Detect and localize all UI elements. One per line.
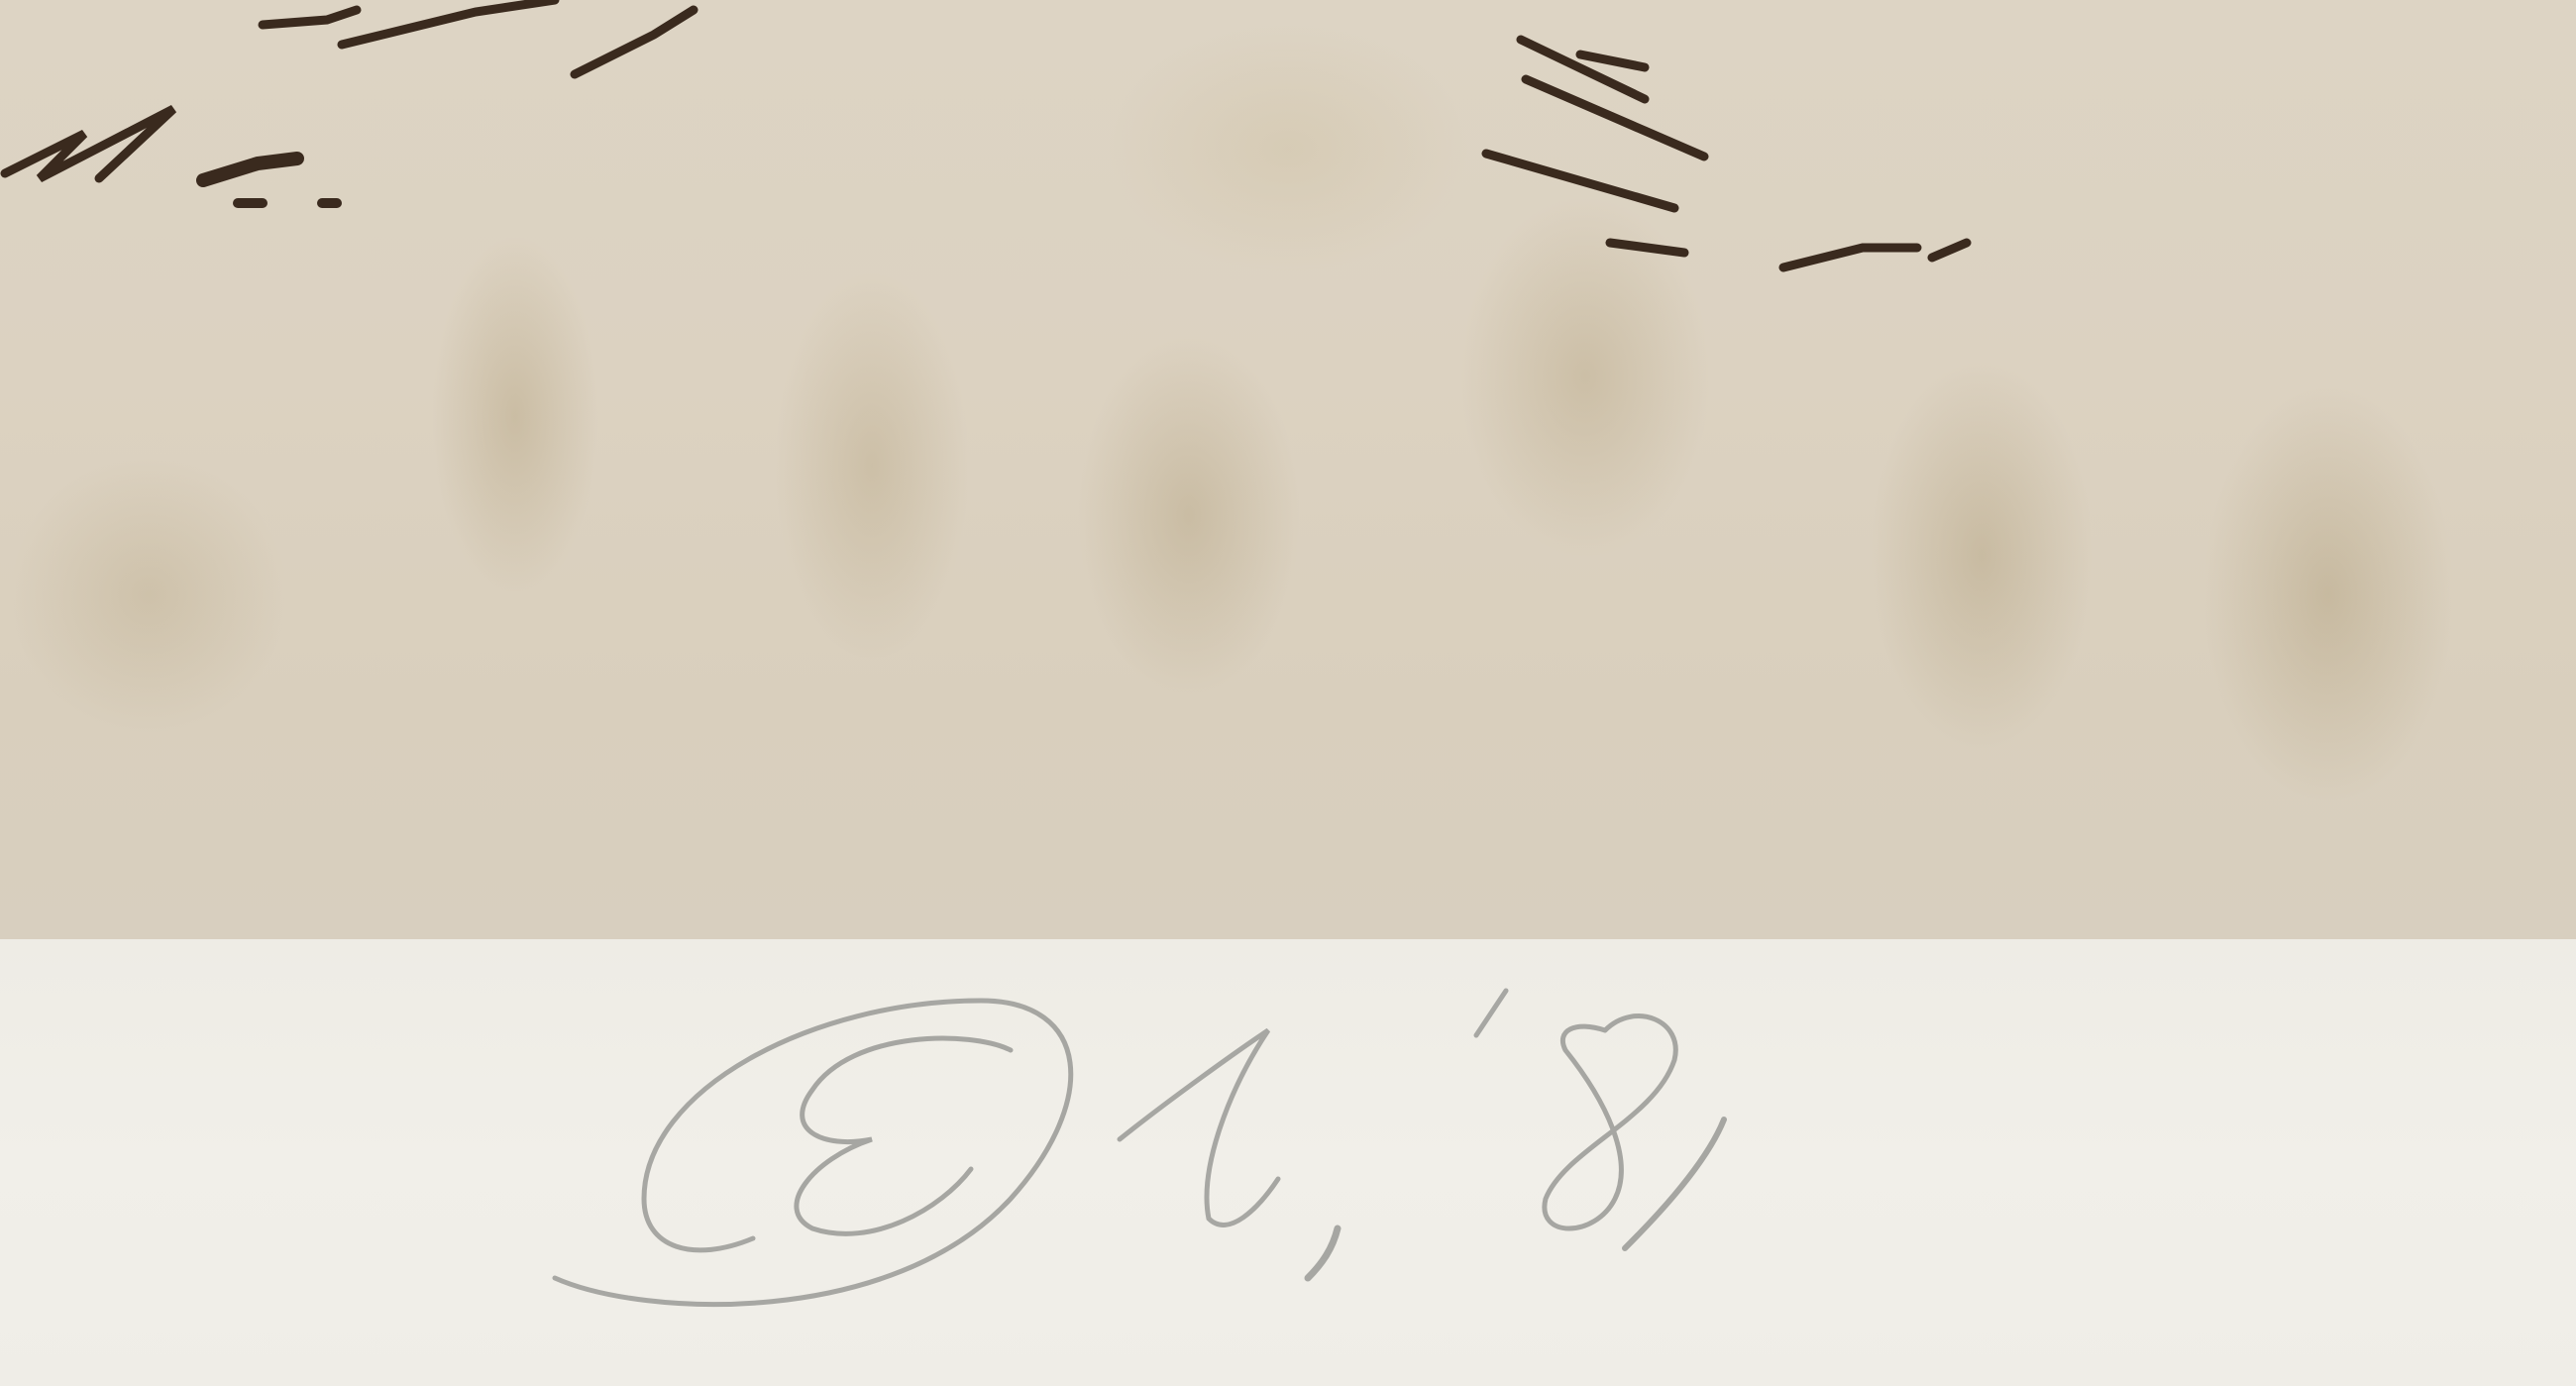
- signature-drawing: [0, 0, 2576, 1386]
- artwork-photo: EM, '81: [0, 0, 2576, 1386]
